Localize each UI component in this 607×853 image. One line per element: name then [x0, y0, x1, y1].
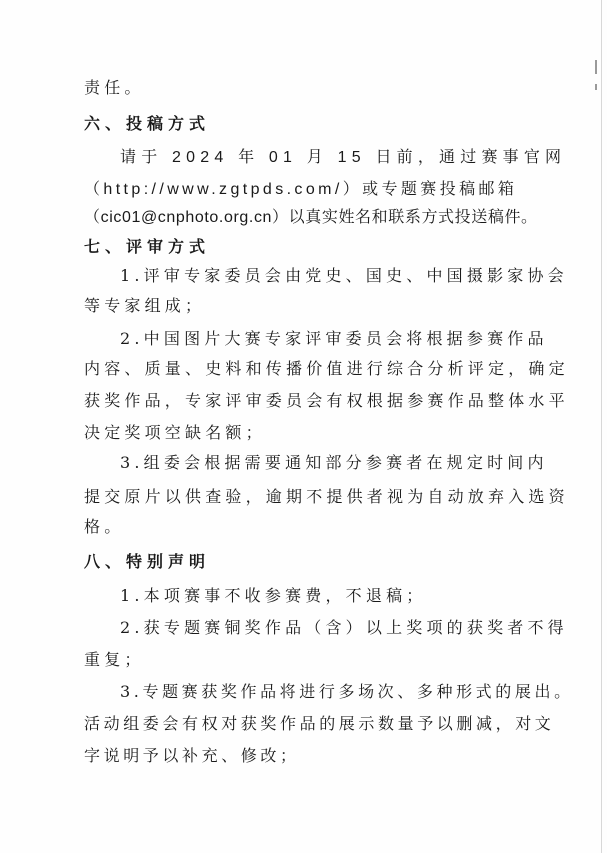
body-line: 1.评审专家委员会由党史、国史、中国摄影家协会: [120, 266, 568, 286]
body-line: 等专家组成；: [84, 296, 205, 316]
body-line-url: （http://www.zgtpds.com/）或专题赛投稿邮箱: [84, 180, 517, 200]
body-line: 活动组委会有权对获奖作品的展示数量予以删减，对文: [84, 714, 554, 734]
section-heading-notice: 八、特别声明: [84, 552, 210, 572]
body-line: 责任。: [84, 78, 145, 98]
document-page: 责任。 六、投稿方式 请于 2024 年 01 月 15 日前，通过赛事官网 （…: [0, 0, 607, 853]
page-edge: [601, 0, 602, 853]
body-line: 请于 2024 年 01 月 15 日前，通过赛事官网: [120, 148, 566, 168]
body-line: 获奖作品，专家评审委员会有权根据参赛作品整体水平: [84, 391, 569, 411]
body-line: 提交原片以供查验，逾期不提供者视为自动放弃入选资: [84, 487, 569, 507]
body-line: 2.中国图片大赛专家评审委员会将根据参赛作品: [120, 329, 548, 349]
body-line: 重复；: [84, 650, 145, 670]
body-line: 3.组委会根据需要通知部分参赛者在规定时间内: [120, 453, 548, 473]
body-line: 格。: [84, 517, 124, 537]
body-line: 1.本项赛事不收参赛费，不退稿；: [120, 586, 426, 606]
section-heading-review: 七、评审方式: [84, 237, 210, 257]
body-line: 字说明予以补充、修改；: [84, 746, 300, 766]
body-line: 3.专题赛获奖作品将进行多场次、多种形式的展出。: [120, 682, 574, 702]
scan-mark: [595, 84, 597, 90]
scan-mark: [595, 60, 597, 74]
section-heading-submission: 六、投稿方式: [84, 114, 210, 134]
body-line: 内容、质量、史料和传播价值进行综合分析评定，确定: [84, 359, 569, 379]
body-line-email: （cic01@cnphoto.org.cn）以真实姓名和联系方式投送稿件。: [84, 208, 538, 228]
body-line: 2.获专题赛铜奖作品（含）以上奖项的获奖者不得: [120, 618, 568, 638]
body-line: 决定奖项空缺名额；: [84, 423, 266, 443]
